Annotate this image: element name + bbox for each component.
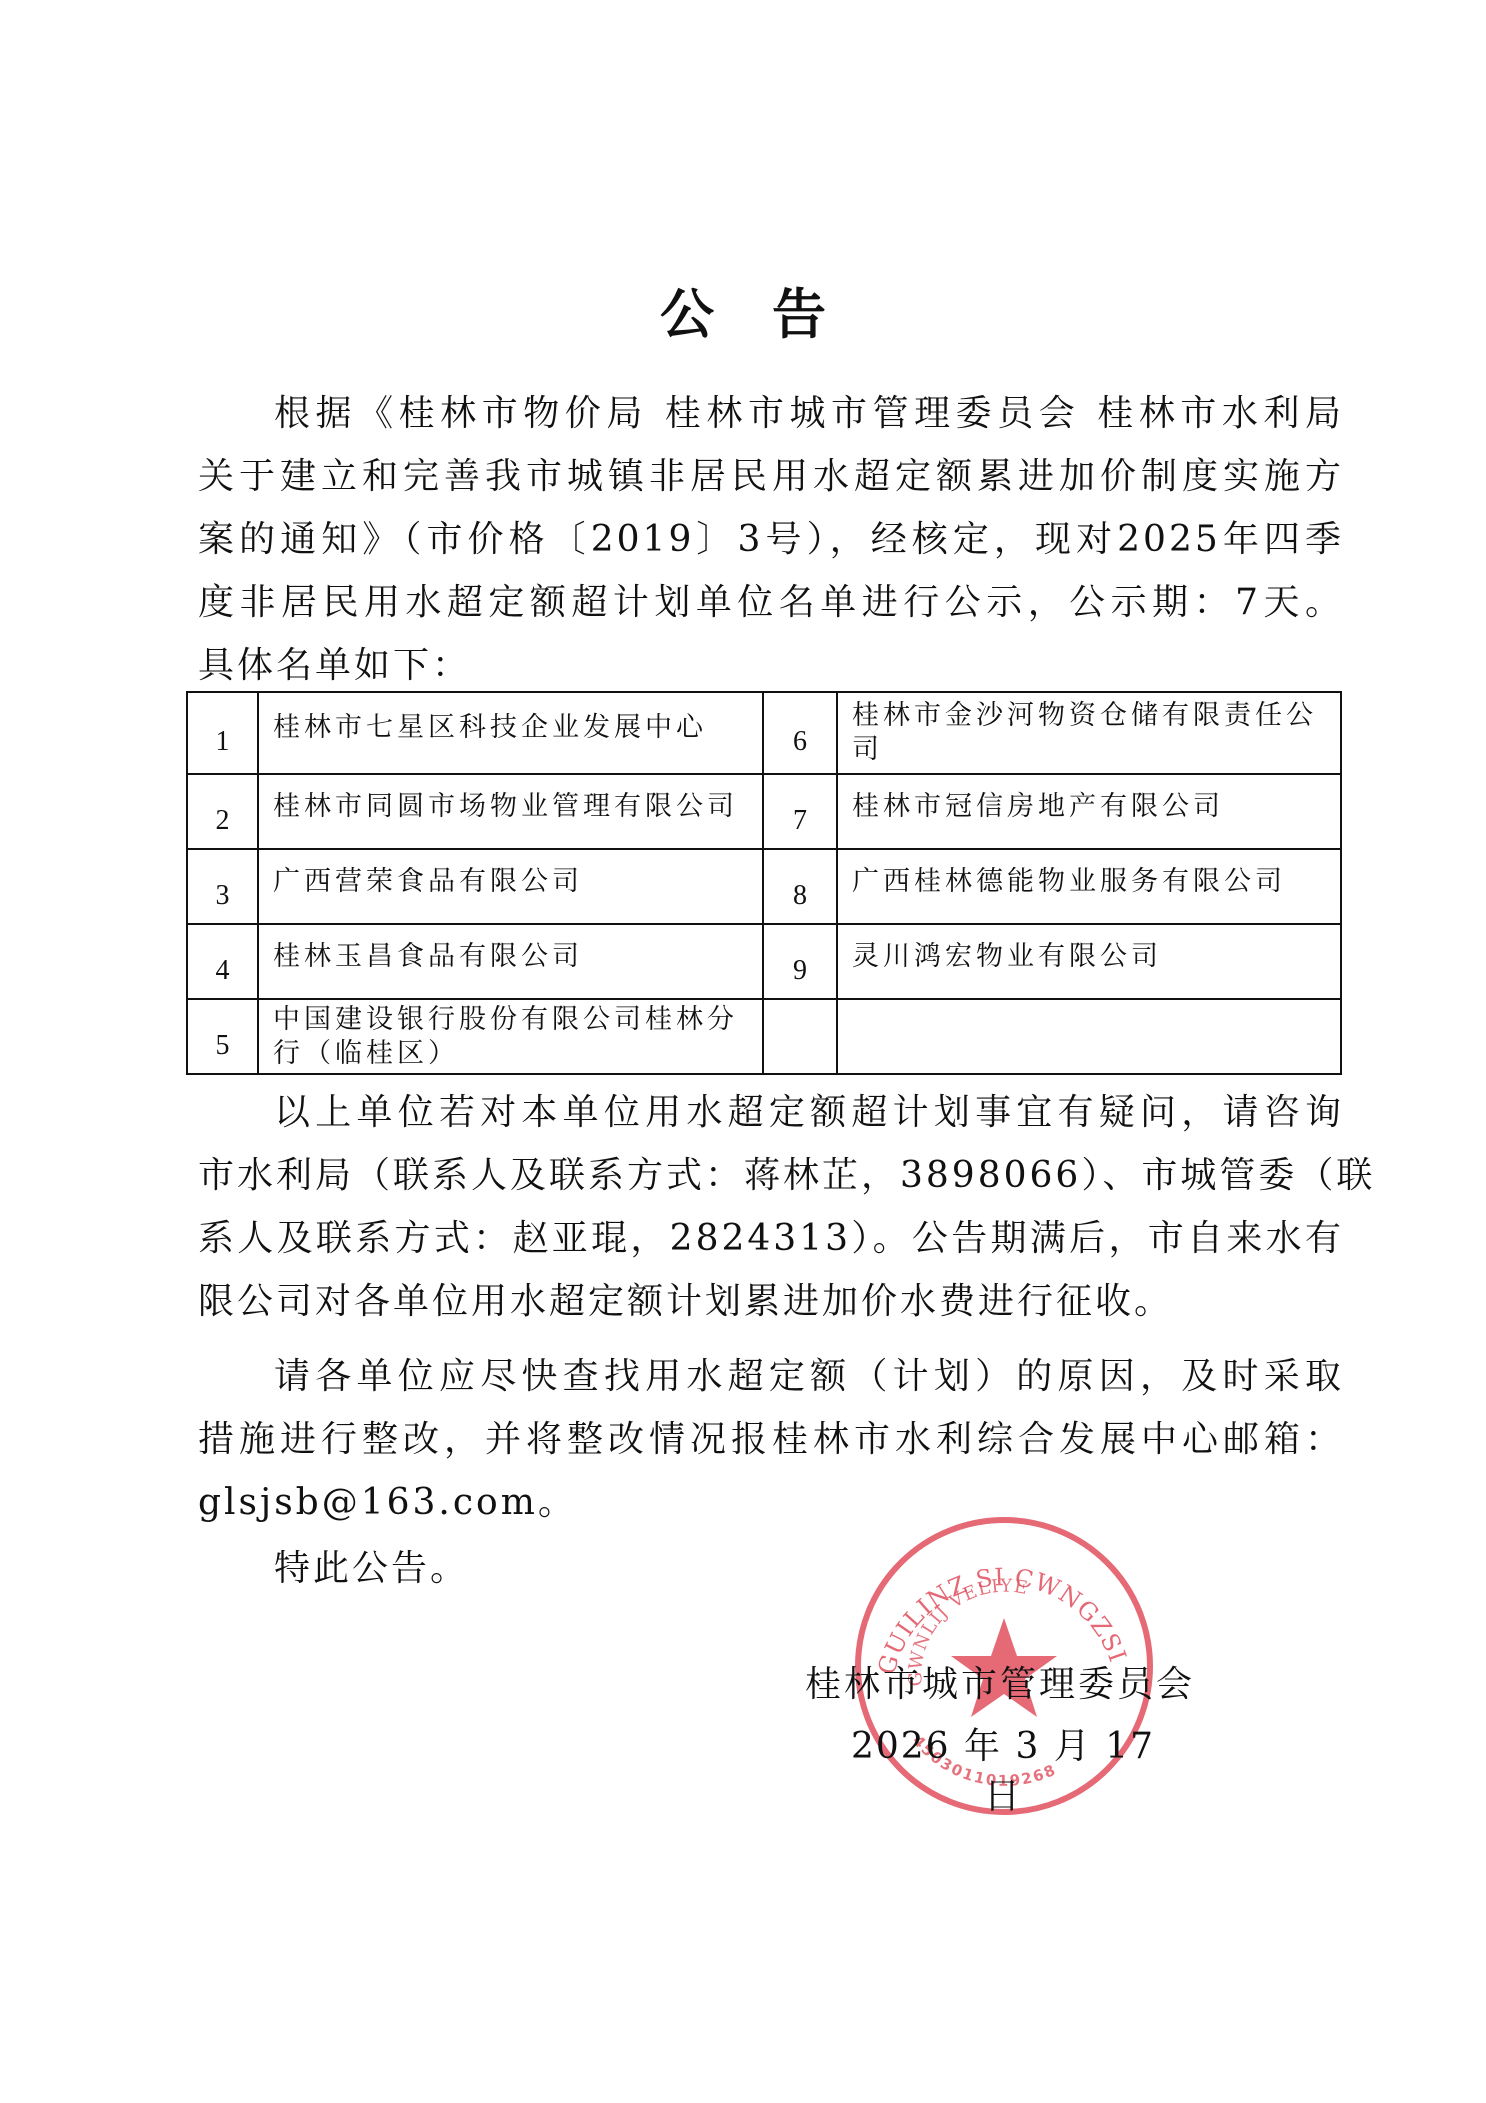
intro-line: 关于建立和完善我市城镇非居民用水超定额累进加价制度实施方 [198,445,1344,508]
unit-name: 广西桂林德能物业服务有限公司 [837,849,1341,924]
issue-date: 2026 年 3 月 17 日 [848,1722,1158,1822]
intro-line: 具体名单如下： [198,634,1344,697]
unit-number: 1 [187,692,258,774]
unit-number: 4 [187,924,258,999]
table-row: 5 中国建设银行股份有限公司桂林分行（临桂区） [187,999,1341,1074]
unit-name: 桂林玉昌食品有限公司 [258,924,763,999]
table-row: 1 桂林市七星区科技企业发展中心 6 桂林市金沙河物资仓储有限责任公司 [187,692,1341,774]
issuer-name: 桂林市城市管理委员会 [800,1660,1200,1710]
unit-name [837,999,1341,1074]
rectify-line: 请各单位应尽快查找用水超定额（计划）的原因，及时采取 [198,1345,1344,1408]
intro-line: 案的通知》（市价格〔2019〕3号），经核定，现对2025年四季 [198,508,1344,571]
contact-line: 以上单位若对本单位用水超定额超计划事宜有疑问，请咨询 [198,1081,1344,1144]
closing-text: 特此公告。 [198,1537,1344,1600]
unit-number: 5 [187,999,258,1074]
contact-line: 限公司对各单位用水超定额计划累进加价水费进行征收。 [198,1270,1344,1333]
document-page: 公告 根据《桂林市物价局 桂林市城市管理委员会 桂林市水利局 关于建立和完善我市… [0,0,1486,2103]
unit-number [763,999,837,1074]
table-row: 2 桂林市同圆市场物业管理有限公司 7 桂林市冠信房地产有限公司 [187,774,1341,849]
title-char-1: 公 [660,282,714,346]
unit-name: 桂林市金沙河物资仓储有限责任公司 [837,692,1341,774]
page-title: 公告 [0,282,1486,346]
unit-number: 6 [763,692,837,774]
table-row: 3 广西营荣食品有限公司 8 广西桂林德能物业服务有限公司 [187,849,1341,924]
closing-paragraph: 特此公告。 [198,1537,1344,1600]
table-row: 4 桂林玉昌食品有限公司 9 灵川鸿宏物业有限公司 [187,924,1341,999]
contact-paragraph: 以上单位若对本单位用水超定额超计划事宜有疑问，请咨询 市水利局（联系人及联系方式… [198,1081,1344,1333]
intro-paragraph: 根据《桂林市物价局 桂林市城市管理委员会 桂林市水利局 关于建立和完善我市城镇非… [198,382,1344,697]
unit-number: 7 [763,774,837,849]
unit-name: 灵川鸿宏物业有限公司 [837,924,1341,999]
unit-number: 9 [763,924,837,999]
unit-name: 桂林市七星区科技企业发展中心 [258,692,763,774]
email-line: glsjsb@163.com。 [198,1471,1344,1534]
unit-number: 2 [187,774,258,849]
unit-name: 广西营荣食品有限公司 [258,849,763,924]
unit-name: 中国建设银行股份有限公司桂林分行（临桂区） [258,999,763,1074]
unit-number: 3 [187,849,258,924]
contact-line: 市水利局（联系人及联系方式：蒋林芷，3898066）、市城管委（联 [198,1144,1344,1207]
rectify-line: 措施进行整改，并将整改情况报桂林市水利综合发展中心邮箱： [198,1408,1344,1471]
unit-name: 桂林市同圆市场物业管理有限公司 [258,774,763,849]
intro-line: 度非居民用水超定额超计划单位名单进行公示，公示期：7天。 [198,571,1344,634]
intro-line: 根据《桂林市物价局 桂林市城市管理委员会 桂林市水利局 [198,382,1344,445]
unit-name: 桂林市冠信房地产有限公司 [837,774,1341,849]
title-char-2: 告 [772,282,826,346]
unit-number: 8 [763,849,837,924]
units-table: 1 桂林市七星区科技企业发展中心 6 桂林市金沙河物资仓储有限责任公司 2 桂林… [186,691,1342,1075]
contact-line: 系人及联系方式：赵亚琨，2824313）。公告期满后，市自来水有 [198,1207,1344,1270]
rectify-paragraph: 请各单位应尽快查找用水超定额（计划）的原因，及时采取 措施进行整改，并将整改情况… [198,1345,1344,1534]
